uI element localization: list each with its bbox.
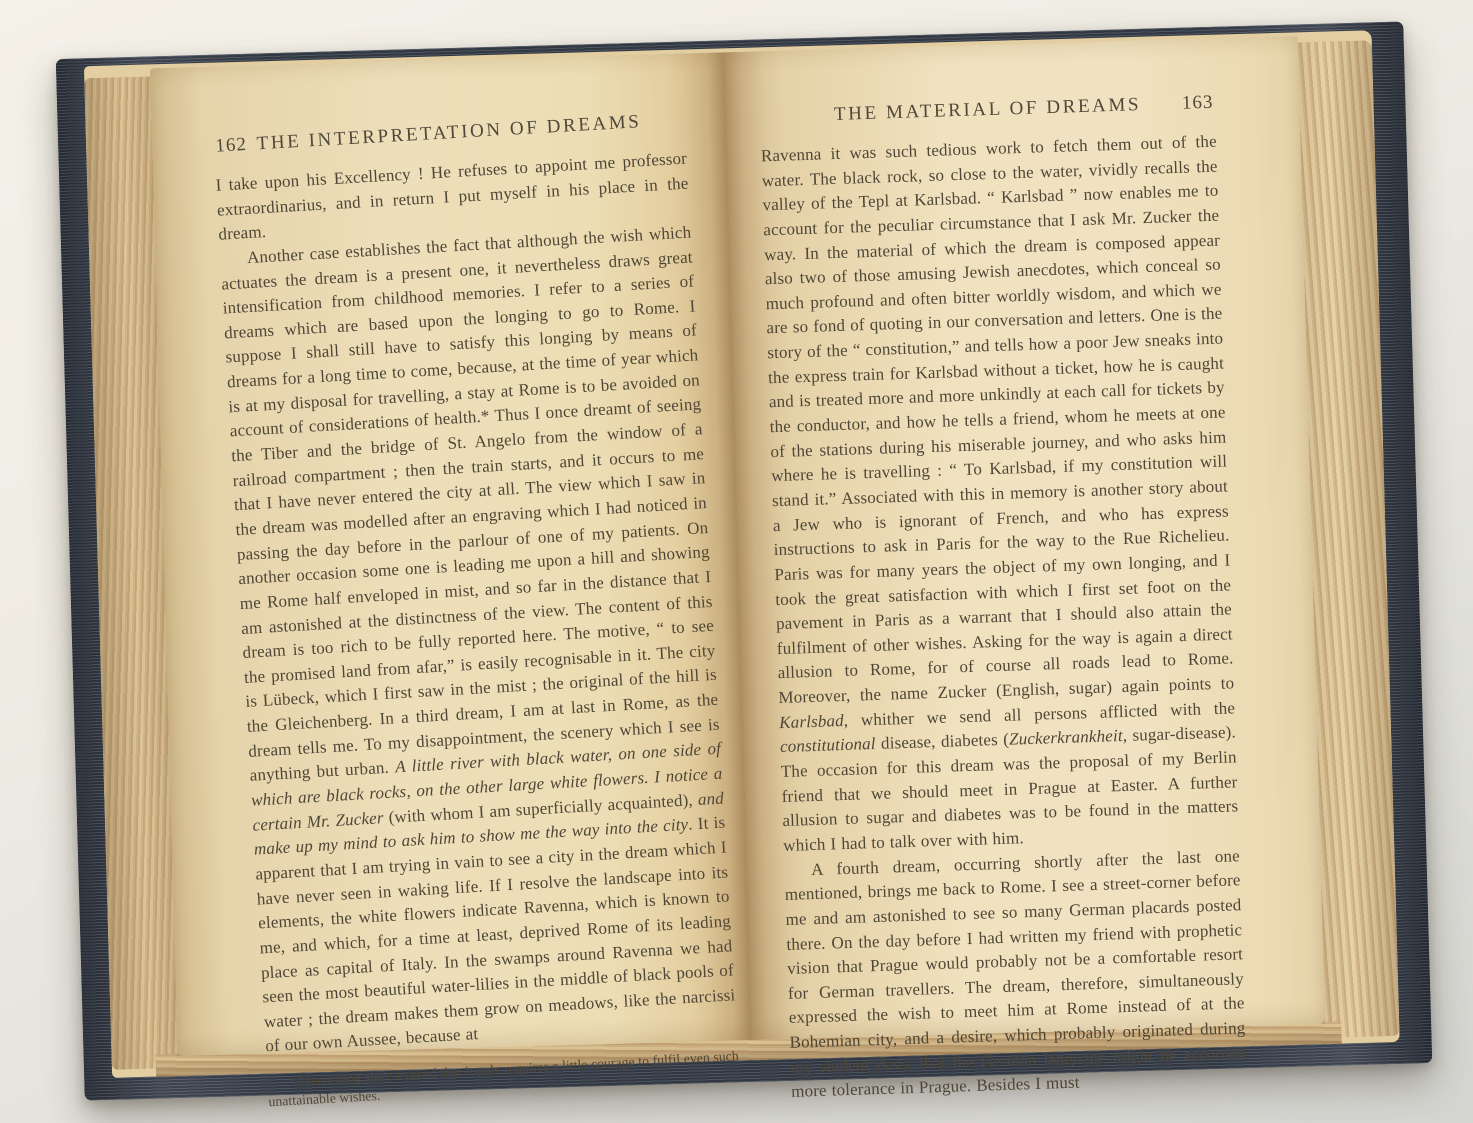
page-block: 162 THE INTERPRETATION OF DREAMS I take … [84,30,1400,1078]
paragraph: A fourth dream, occurring shortly after … [784,844,1248,1105]
right-page-content: THE MATERIAL OF DREAMS 163 Ravenna it wa… [759,92,1244,1004]
paragraph: Another case establishes the fact that a… [219,220,737,1059]
photo-background: 162 THE INTERPRETATION OF DREAMS I take … [0,0,1473,1123]
left-page-content: 162 THE INTERPRETATION OF DREAMS I take … [213,109,735,1025]
right-running-title: THE MATERIAL OF DREAMS [834,94,1142,125]
paragraph: Ravenna it was such tedious work to fetc… [761,130,1240,859]
open-book: 162 THE INTERPRETATION OF DREAMS I take … [56,21,1433,1100]
right-page-number: 163 [1182,92,1214,115]
left-page: 162 THE INTERPRETATION OF DREAMS I take … [150,52,751,1056]
left-body-text: I take upon his Excellency ! He refuses … [215,147,737,1060]
right-body-text: Ravenna it was such tedious work to fetc… [761,130,1248,1105]
left-page-number: 162 [215,134,248,158]
left-running-title: THE INTERPRETATION OF DREAMS [256,111,642,154]
page-spread: 162 THE INTERPRETATION OF DREAMS I take … [150,36,1325,1056]
right-running-head: THE MATERIAL OF DREAMS 163 [759,92,1215,129]
right-page: THE MATERIAL OF DREAMS 163 Ravenna it wa… [724,36,1325,1040]
